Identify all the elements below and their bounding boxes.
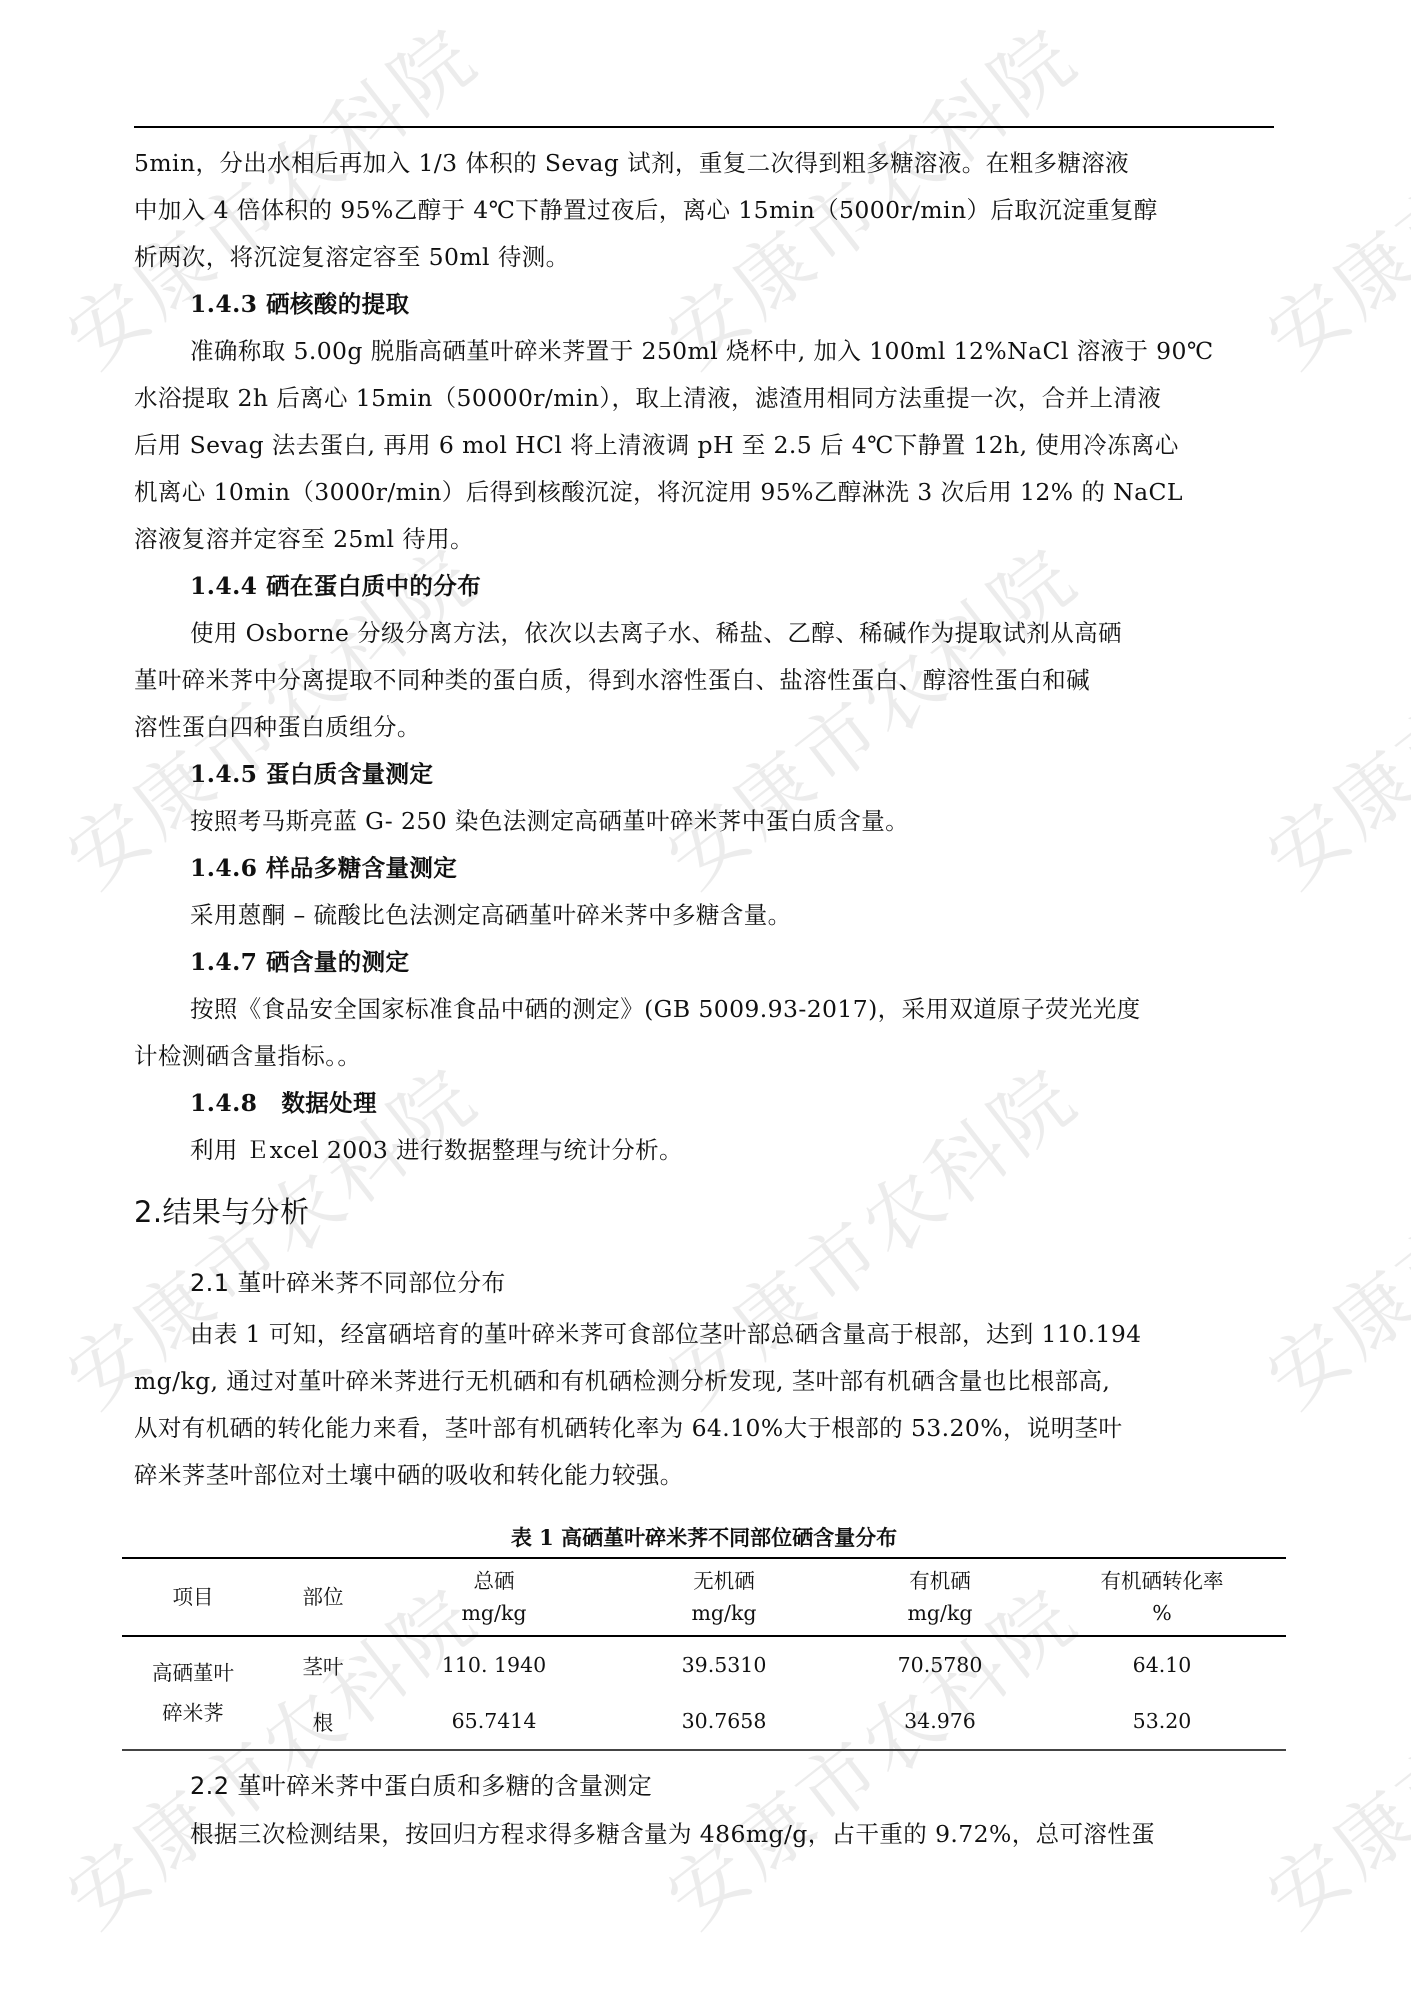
table-header-row: 项目 部位 总硒mg/kg 无机硒mg/kg 有机硒mg/kg 有机硒转化率% <box>122 1558 1286 1636</box>
table-cell: 34.976 <box>842 1693 1038 1750</box>
table-cell: 53.20 <box>1038 1693 1286 1750</box>
paragraph-line: 水浴提取 2h 后离心 15min（50000r/min），取上清液，滤渣用相同… <box>134 382 1161 414</box>
section-heading-1-4-8: 1.4.8 数据处理 <box>190 1087 377 1119</box>
paragraph-line: 中加入 4 倍体积的 95%乙醇于 4℃下静置过夜后，离心 15min（5000… <box>134 194 1158 226</box>
watermark: 安康市农科院 <box>1240 517 1411 908</box>
table-cell: 70.5780 <box>842 1636 1038 1693</box>
table-cell: 茎叶 <box>264 1636 382 1693</box>
selenium-distribution-table: 项目 部位 总硒mg/kg 无机硒mg/kg 有机硒mg/kg 有机硒转化率% … <box>122 1557 1286 1751</box>
paragraph-line: 机离心 10min（3000r/min）后得到核酸沉淀，将沉淀用 95%乙醇淋洗… <box>134 476 1183 508</box>
paragraph-line: 后用 Sevag 法去蛋白, 再用 6 mol HCl 将上清液调 pH 至 2… <box>134 429 1179 461</box>
paragraph-line: mg/kg, 通过对堇叶碎米荠进行无机硒和有机硒检测分析发现, 茎叶部有机硒含量… <box>134 1365 1110 1397</box>
paragraph-line: 计检测硒含量指标。。 <box>134 1040 361 1072</box>
section-heading-2: 2.结果与分析 <box>134 1196 309 1228</box>
header-cell: 总硒mg/kg <box>382 1558 606 1636</box>
paragraph-line: 析两次，将沉淀复溶定容至 50ml 待测。 <box>134 241 570 273</box>
table-cell: 30.7658 <box>606 1693 842 1750</box>
paragraph-line: 堇叶碎米荠中分离提取不同种类的蛋白质，得到水溶性蛋白、盐溶性蛋白、醇溶性蛋白和碱 <box>134 664 1090 696</box>
paragraph-line: 按照考马斯亮蓝 G- 250 染色法测定高硒堇叶碎米荠中蛋白质含量。 <box>190 805 909 837</box>
paragraph-line: 从对有机硒的转化能力来看，茎叶部有机硒转化率为 64.10%大于根部的 53.2… <box>134 1412 1122 1444</box>
paragraph-line: 5min，分出水相后再加入 1/3 体积的 Sevag 试剂，重复二次得到粗多糖… <box>134 147 1129 179</box>
section-heading-1-4-7: 1.4.7 硒含量的测定 <box>190 946 409 978</box>
section-heading-2-1: 2.1 堇叶碎米荠不同部位分布 <box>190 1267 506 1299</box>
paragraph-line: 利用 Ｅxcel 2003 进行数据整理与统计分析。 <box>190 1134 683 1166</box>
paragraph-line: 根据三次检测结果，按回归方程求得多糖含量为 486mg/g，占干重的 9.72%… <box>190 1818 1155 1850</box>
section-heading-1-4-3: 1.4.3 硒核酸的提取 <box>190 288 409 320</box>
paragraph-line: 溶液复溶并定容至 25ml 待用。 <box>134 523 474 555</box>
header-cell: 部位 <box>264 1558 382 1636</box>
section-heading-2-2: 2.2 堇叶碎米荠中蛋白质和多糖的含量测定 <box>190 1770 652 1802</box>
section-heading-1-4-6: 1.4.6 样品多糖含量测定 <box>190 852 457 884</box>
table-caption: 表 1 高硒堇叶碎米荠不同部位硒含量分布 <box>134 1523 1274 1553</box>
watermark: 安康市农科院 <box>1240 1037 1411 1428</box>
group-label-cell: 高硒堇叶碎米荠 <box>122 1636 264 1750</box>
table-cell: 65.7414 <box>382 1693 606 1750</box>
header-cell: 无机硒mg/kg <box>606 1558 842 1636</box>
table-cell: 39.5310 <box>606 1636 842 1693</box>
header-cell: 项目 <box>122 1558 264 1636</box>
table-row: 高硒堇叶碎米荠 茎叶 110. 1940 39.5310 70.5780 64.… <box>122 1636 1286 1693</box>
header-cell: 有机硒转化率% <box>1038 1558 1286 1636</box>
section-heading-1-4-5: 1.4.5 蛋白质含量测定 <box>190 758 433 790</box>
paragraph-line: 溶性蛋白四种蛋白质组分。 <box>134 711 421 743</box>
header-rule <box>134 126 1274 128</box>
paragraph-line: 由表 1 可知，经富硒培育的堇叶碎米荠可食部位茎叶部总硒含量高于根部，达到 11… <box>190 1318 1142 1350</box>
paragraph-line: 使用 Osborne 分级分离方法，依次以去离子水、稀盐、乙醇、稀碱作为提取试剂… <box>190 617 1122 649</box>
paragraph-line: 碎米荠茎叶部位对土壤中硒的吸收和转化能力较强。 <box>134 1459 684 1491</box>
watermark: 安康市农科院 <box>1240 0 1411 388</box>
section-heading-1-4-4: 1.4.4 硒在蛋白质中的分布 <box>190 570 481 602</box>
paragraph-line: 按照《食品安全国家标准食品中硒的测定》(GB 5009.93-2017)，采用双… <box>190 993 1141 1025</box>
paragraph-line: 采用蒽酮 – 硫酸比色法测定高硒堇叶碎米荠中多糖含量。 <box>190 899 792 931</box>
table-row: 根 65.7414 30.7658 34.976 53.20 <box>122 1693 1286 1750</box>
header-cell: 有机硒mg/kg <box>842 1558 1038 1636</box>
watermark: 安康市农科院 <box>640 517 1097 908</box>
table-cell: 根 <box>264 1693 382 1750</box>
table-cell: 64.10 <box>1038 1636 1286 1693</box>
paragraph-line: 准确称取 5.00g 脱脂高硒堇叶碎米荠置于 250ml 烧杯中, 加入 100… <box>190 335 1214 367</box>
table-cell: 110. 1940 <box>382 1636 606 1693</box>
